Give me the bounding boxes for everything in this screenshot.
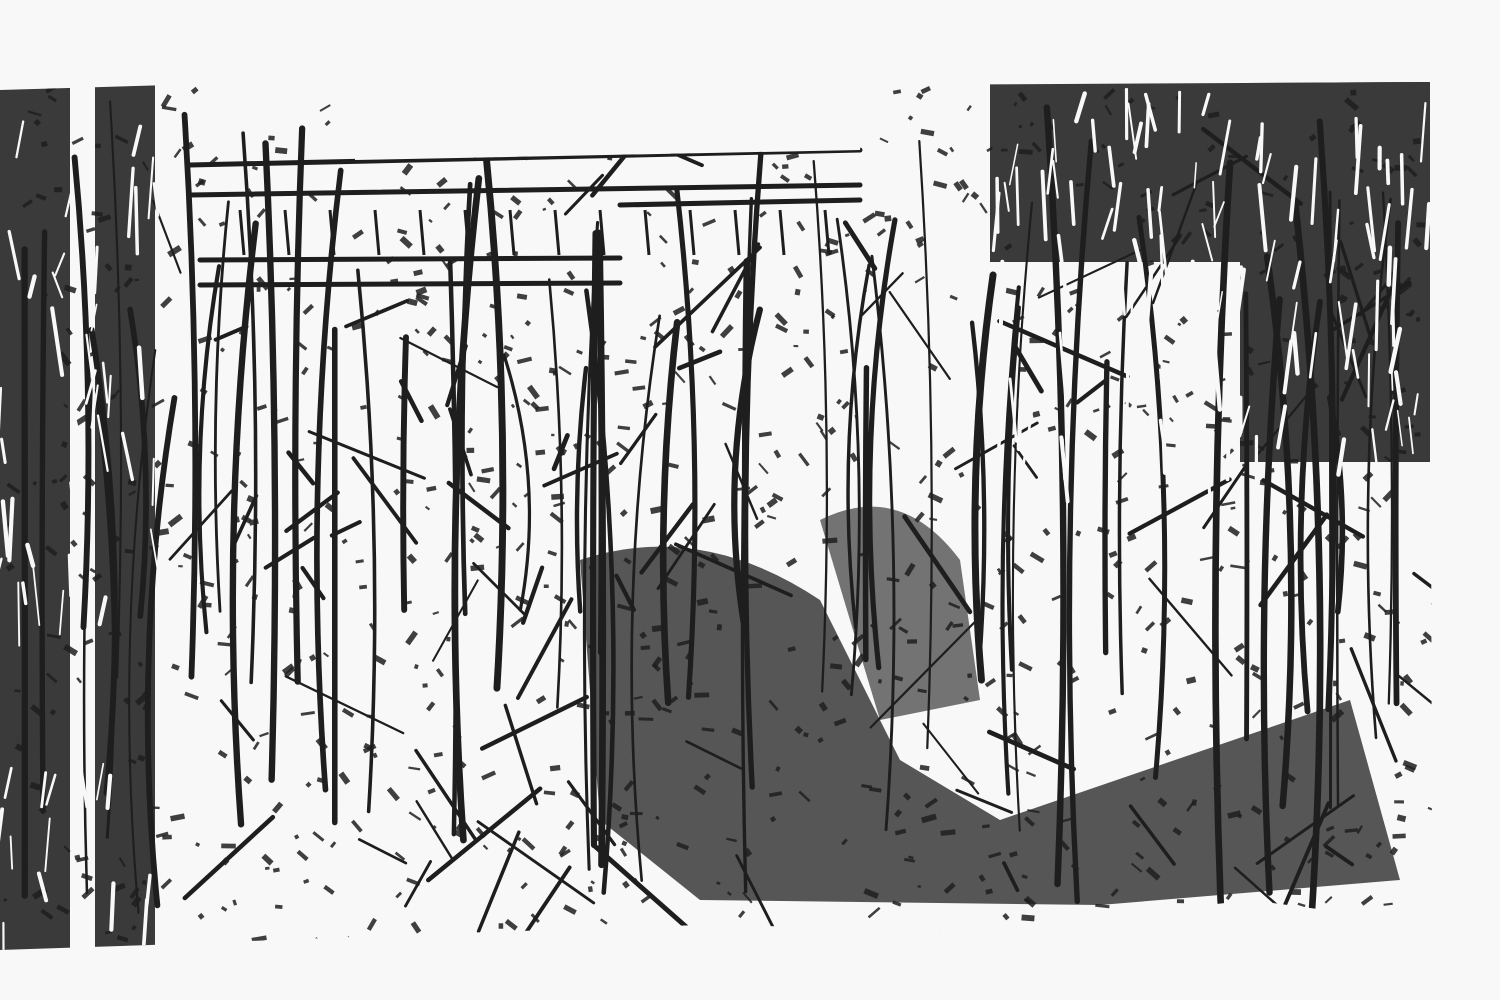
relief-print-artwork xyxy=(0,0,1500,1000)
ink-layer xyxy=(0,82,1500,986)
